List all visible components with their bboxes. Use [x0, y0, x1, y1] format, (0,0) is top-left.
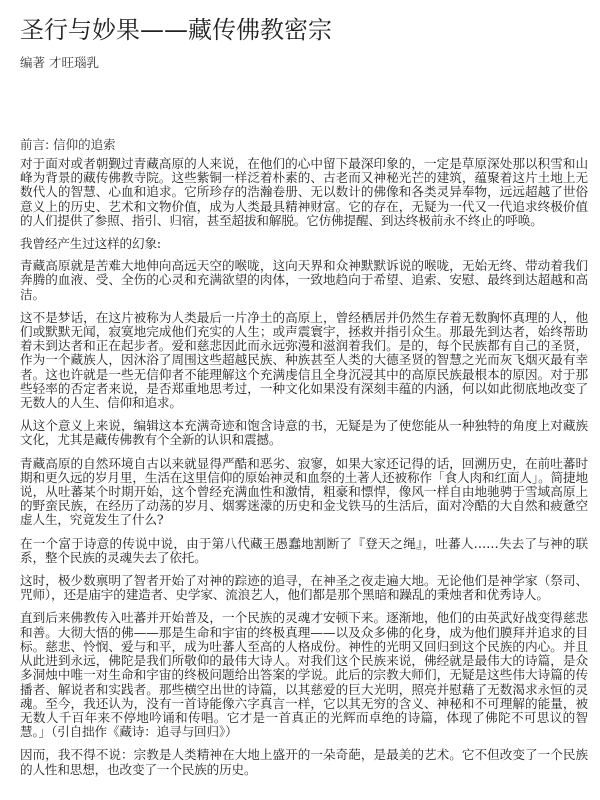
paragraph-8: 这时，极少数禀明了智者开始了对神的踪迹的追寻，在神圣之夜走遍大地。无论他们是神学… [20, 574, 588, 602]
paragraph-9: 直到后来佛教传入吐蕃并开始普及，一个民族的灵魂才安顿下来。逐渐地，他们的由英武好… [20, 611, 588, 739]
document-title: 圣行与妙果——藏传佛教密宗 [20, 10, 332, 45]
paragraph-2: 我曾经产生过这样的幻象: [20, 237, 588, 251]
paragraph-6: 青藏高原的自然环境自古以来就显得严酷和恶劣、寂寥，如果大家还记得的话，回溯历史，… [20, 457, 588, 528]
paragraph-3: 青藏高原就是苦难大地伸向高远天空的喉咙，这向天界和众神默默诉说的喉咙，无始无终、… [20, 259, 588, 302]
paragraph-10: 因而，我不得不说：宗教是人类精神在大地上盛开的一朵奇葩，是最美的艺术。它不但改变… [20, 748, 588, 776]
paragraph-7: 在一个富于诗意的传说中说，由于第八代藏王愚蠢地割断了『登天之绳』，吐蕃人……失去… [20, 537, 588, 565]
paragraph-5: 从这个意义上来说，编辑这本充满奇迹和饱含诗意的书，无疑是为了使您能从一种独特的角… [20, 419, 588, 447]
author-line: 编著 才旺瑙乳 [20, 53, 99, 71]
document-body: 对于面对或者朝觐过青藏高原的人来说，在他们的心中留下最深印象的，一定是草原深处那… [20, 157, 588, 786]
paragraph-4: 这不是梦话，在这片被称为人类最后一片净土的高原上，曾经栖居并仍然生存着无数胸怀真… [20, 311, 588, 410]
paragraph-1: 对于面对或者朝觐过青藏高原的人来说，在他们的心中留下最深印象的，一定是草原深处那… [20, 157, 588, 228]
preface-heading: 前言: 信仰的追索 [20, 135, 116, 153]
